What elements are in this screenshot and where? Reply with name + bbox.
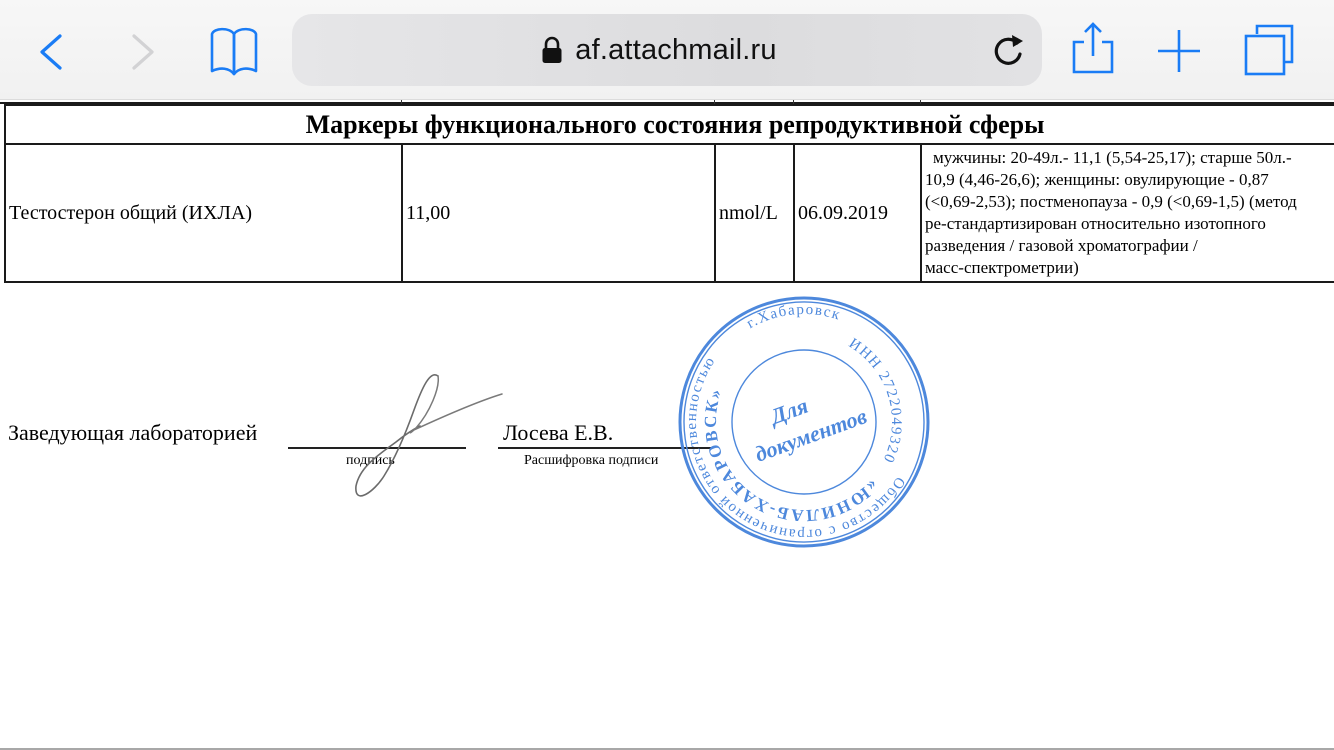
stamp-center-line-2: документов — [752, 403, 871, 467]
reference-line: ре-стандартизирован относительно изотопн… — [925, 213, 1334, 235]
signature-caption: подпись — [346, 453, 395, 469]
back-button[interactable] — [30, 28, 74, 76]
show-tabs-button[interactable] — [1240, 22, 1298, 78]
forward-button[interactable] — [120, 28, 164, 76]
signature-line — [288, 447, 466, 449]
reference-line: (<0,69-2,53); постменопауза - 0,9 (<0,69… — [925, 191, 1334, 213]
reference-line: масс-спектрометрии) — [925, 257, 1334, 279]
reference-range-cell: мужчины: 20-49л.- 11,1 (5,54-25,17); ста… — [921, 144, 1334, 282]
reload-icon — [988, 30, 1028, 70]
section-title: Маркеры функционального состояния репрод… — [5, 105, 1334, 144]
svg-text:ИНН 2722049320: ИНН 2722049320 — [806, 335, 932, 467]
stamp-center-line-1: Для — [765, 393, 811, 430]
units-cell: nmol/L — [715, 144, 794, 282]
new-tab-button[interactable] — [1152, 24, 1206, 78]
date-cell: 06.09.2019 — [794, 144, 921, 282]
svg-text:г.Хабаровск: г.Хабаровск — [744, 294, 849, 363]
official-stamp: Общество с ограниченной ответственностью… — [676, 294, 932, 550]
reload-button[interactable] — [988, 30, 1028, 70]
stamp-outer-text: Общество с ограниченной ответственностью — [676, 353, 913, 550]
book-icon — [200, 24, 268, 80]
share-button[interactable] — [1066, 20, 1120, 80]
section-header-row: Маркеры функционального состояния репрод… — [5, 105, 1334, 144]
chevron-left-icon — [30, 28, 74, 76]
bookmarks-button[interactable] — [200, 24, 268, 80]
chevron-right-icon — [120, 28, 164, 76]
stamp-inner-text: «ЮНИЛАБ-ХАБАРОВСК» — [676, 359, 883, 550]
name-line — [498, 447, 712, 449]
stamp-inn: ИНН 2722049320 — [806, 335, 932, 467]
share-icon — [1066, 20, 1120, 80]
svg-text:Общество с ограниченной ответс: Общество с ограниченной ответственностью — [676, 353, 913, 550]
signer-name: Лосева Е.В. — [503, 420, 613, 446]
test-name-cell: Тестостерон общий (ИХЛА) — [5, 144, 402, 282]
address-bar[interactable]: af.attachmail.ru — [292, 14, 1042, 86]
results-table: Маркеры функционального состояния репрод… — [4, 104, 1334, 283]
position-label: Заведующая лабораторией — [8, 420, 257, 446]
reference-line: разведения / газовой хроматографии / — [925, 235, 1334, 257]
url-text: af.attachmail.ru — [575, 34, 776, 67]
stamp-city: г.Хабаровск — [744, 294, 849, 363]
reference-line: мужчины: 20-49л.- 11,1 (5,54-25,17); ста… — [925, 147, 1334, 169]
name-caption: Расшифровка подписи — [524, 453, 658, 469]
browser-toolbar: af.attachmail.ru — [0, 0, 1334, 100]
svg-text:«ЮНИЛАБ-ХАБАРОВСК»: «ЮНИЛАБ-ХАБАРОВСК» — [676, 359, 883, 550]
plus-icon — [1152, 24, 1206, 78]
reference-line: 10,9 (4,46-26,6); женщины: овулирующие -… — [925, 169, 1334, 191]
handwritten-signature — [330, 368, 510, 504]
lock-icon — [541, 36, 563, 64]
result-cell: 11,00 — [402, 144, 715, 282]
tabs-icon — [1240, 22, 1298, 78]
document-page: Маркеры функционального состояния репрод… — [0, 100, 1334, 750]
table-row: Тестостерон общий (ИХЛА) 11,00 nmol/L 06… — [5, 144, 1334, 282]
